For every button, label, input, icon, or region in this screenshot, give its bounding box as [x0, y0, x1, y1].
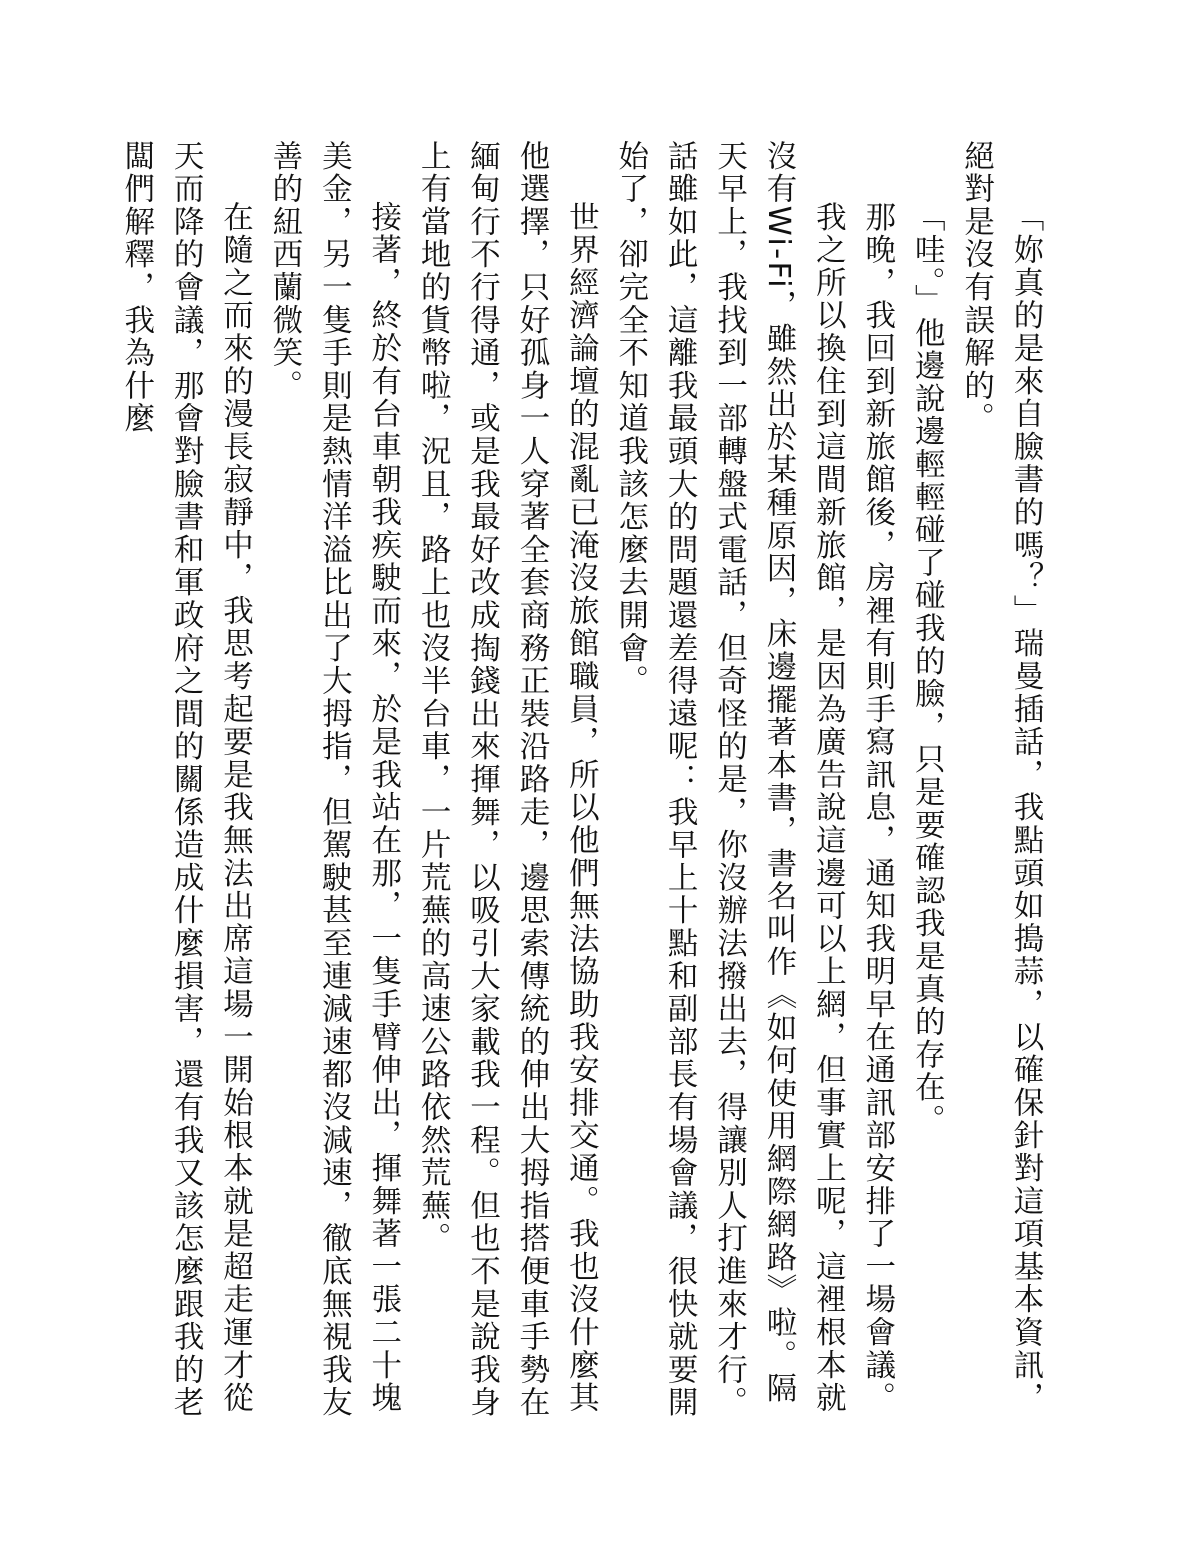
paragraph-4: 我之所以換住到這間新旅館，是因為廣告說這邊可以上網，但事實上呢，這裡根本就沒有W…: [605, 140, 852, 1430]
paragraph-7: 在隨之而來的漫長寂靜中，我思考起要是我無法出席這場一開始根本就是超走運才從天而降…: [111, 140, 259, 1430]
paragraph-3: 那晚，我回到新旅館後，房裡有則手寫訊息，通知我明早在通訊部安排了一場會議。: [852, 140, 901, 1430]
paragraph-5: 世界經濟論壇的混亂已淹沒旅館職員，所以他們無法協助我安排交通。我也沒什麼其他選擇…: [408, 140, 606, 1430]
book-page: 「妳真的是來自臉書的嗎？」瑞曼插話，我點頭如搗蒜，以確保針對這項基本資訊，絕對是…: [0, 0, 1200, 1553]
paragraph-1: 「妳真的是來自臉書的嗎？」瑞曼插話，我點頭如搗蒜，以確保針對這項基本資訊，絕對是…: [951, 140, 1050, 1430]
paragraph-2: 「哇。」他邊說邊輕輕碰了碰我的臉，只是要確認我是真的存在。: [902, 140, 951, 1430]
paragraph-6: 接著，終於有台車朝我疾駛而來，於是我站在那，一隻手臂伸出，揮舞著一張二十塊美金，…: [260, 140, 408, 1430]
vertical-text-body: 「妳真的是來自臉書的嗎？」瑞曼插話，我點頭如搗蒜，以確保針對這項基本資訊，絕對是…: [111, 140, 1050, 1430]
